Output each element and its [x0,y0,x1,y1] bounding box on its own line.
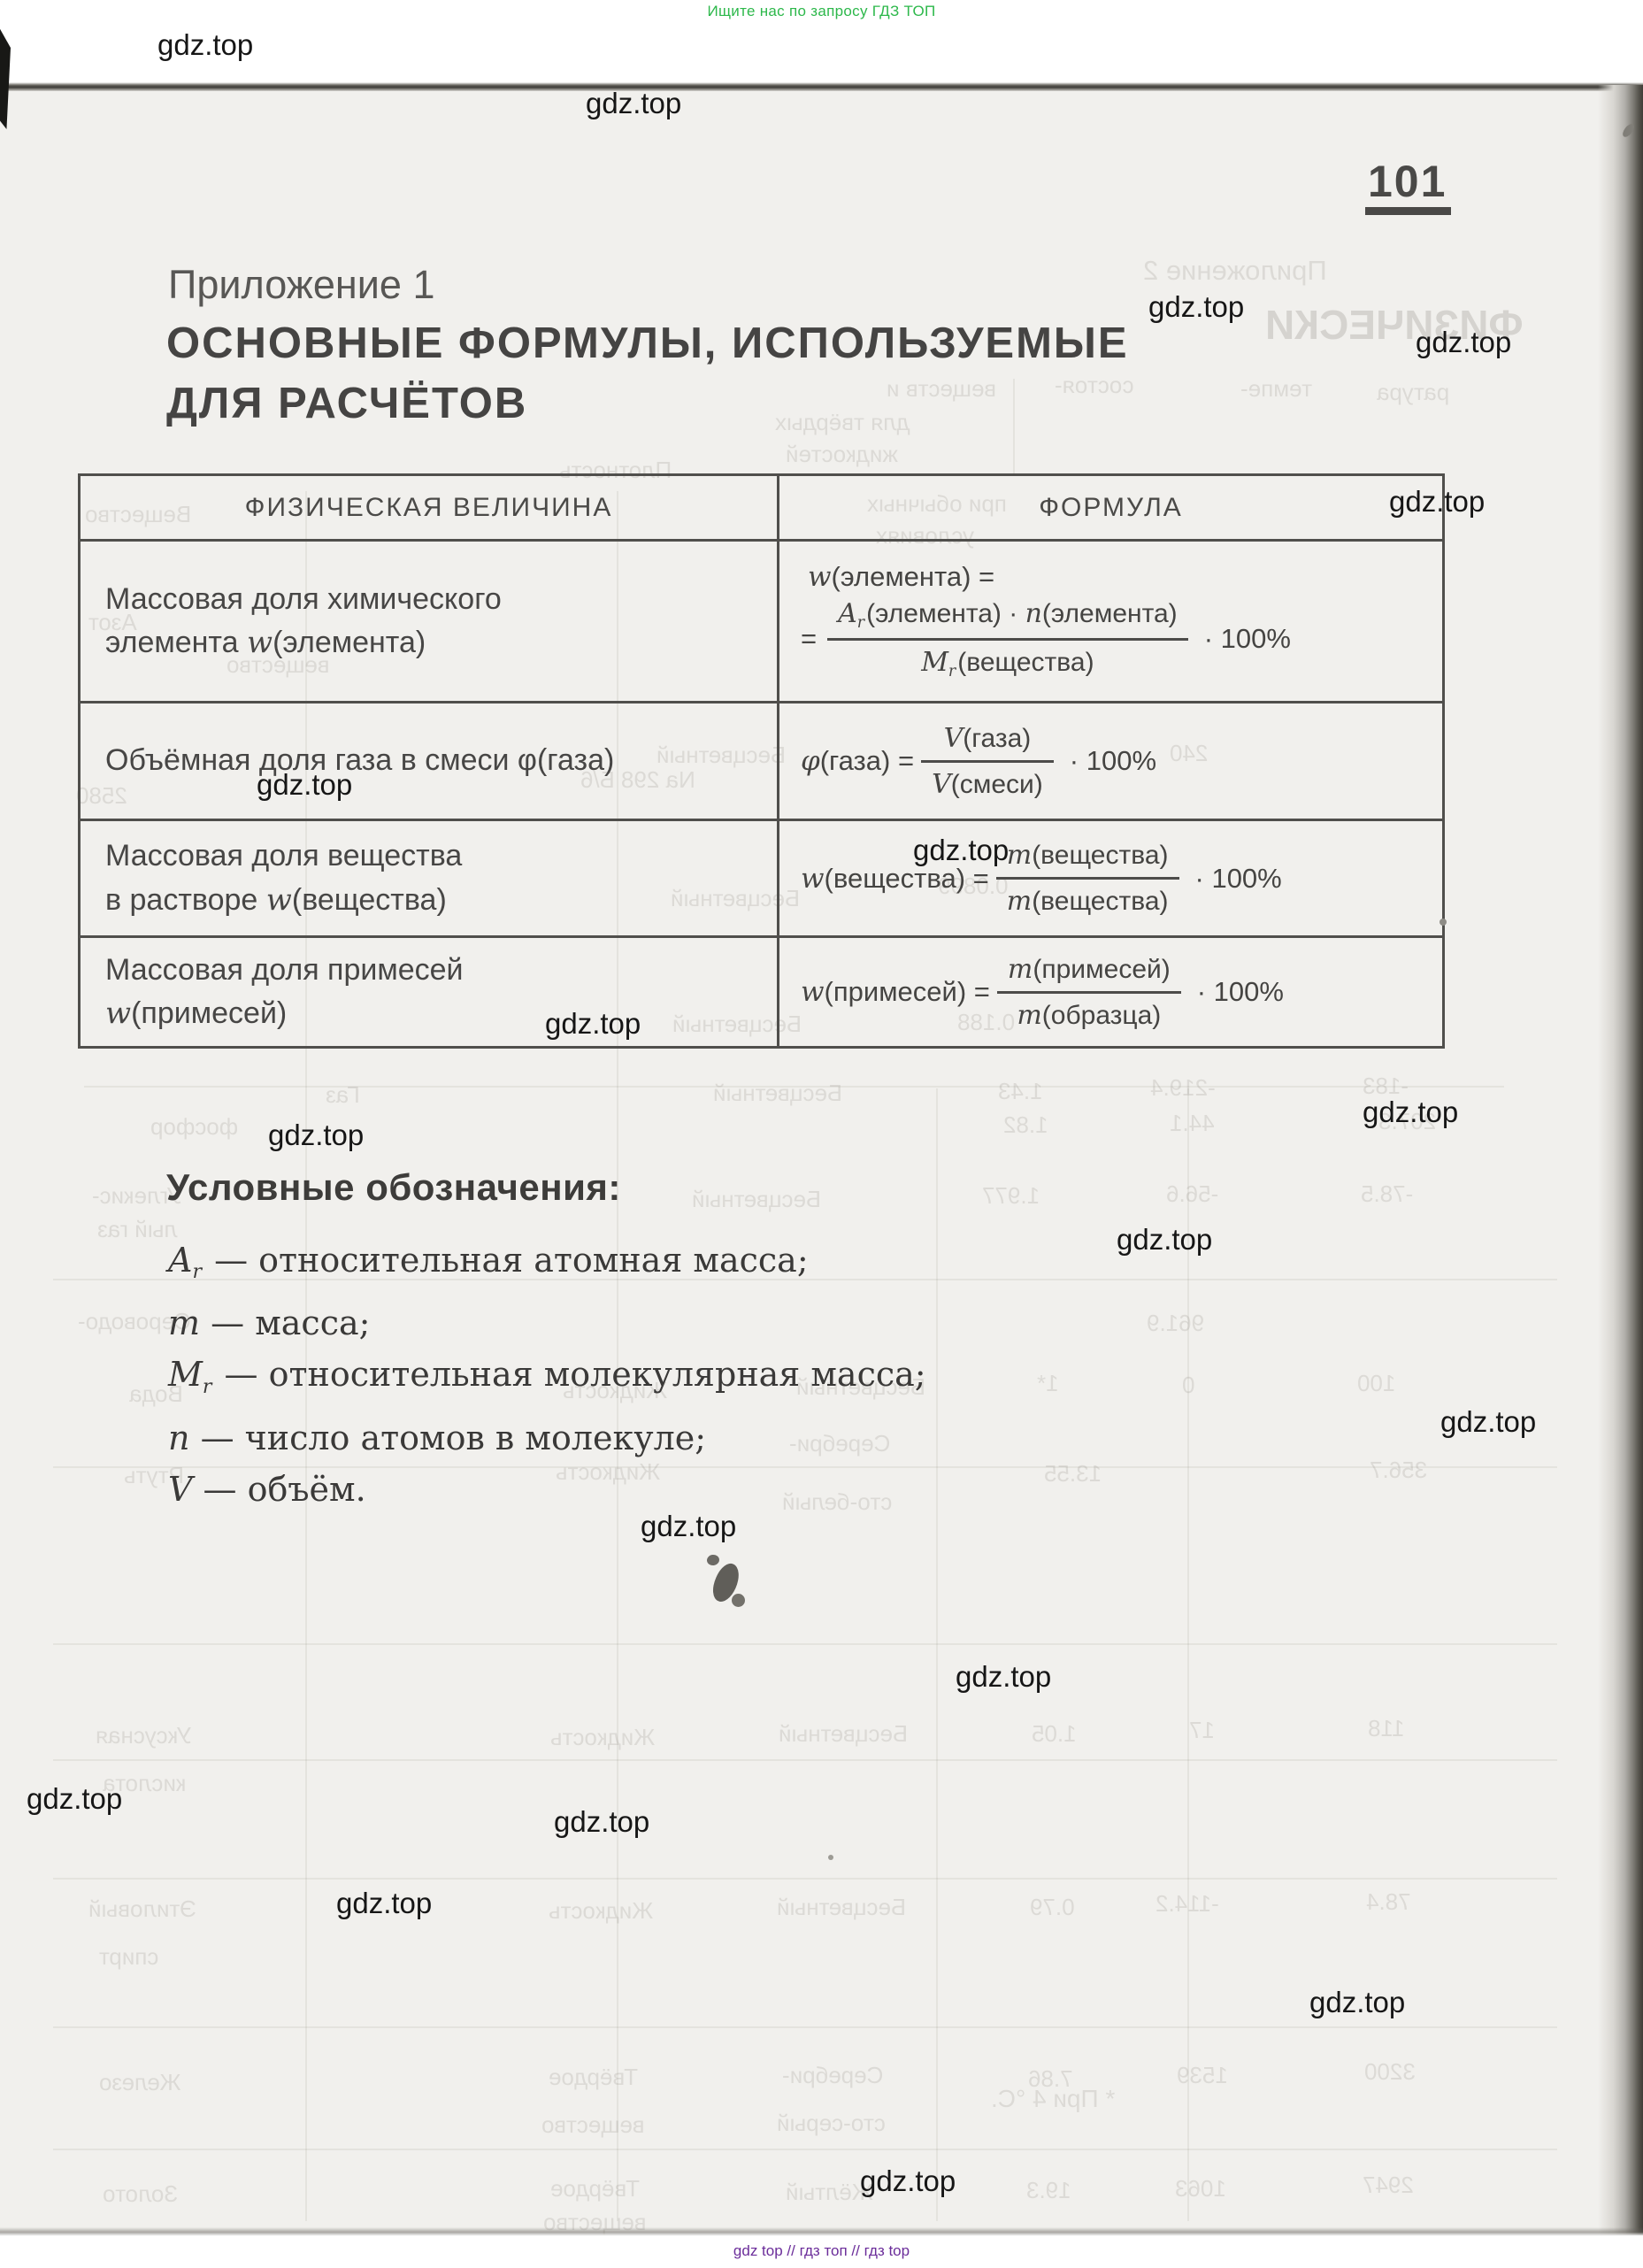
table-row-formula-mass-fraction-solute: w(вещества) = m(вещества) m(вещества) · … [777,819,1442,935]
ghost-line [53,1878,1557,1880]
footer-links: gdz top // гдз топ // гдз top [0,2242,1643,2260]
appendix-label: Приложение 1 [168,262,434,308]
ghost-text: лый газ [97,1216,178,1243]
page-bottom-edge [0,2227,1643,2236]
ghost-text: Бесцветный [713,1080,842,1107]
book-spine-shadow [1598,85,1643,2235]
gdz-watermark: gdz.top [1148,290,1244,324]
ghost-text: 19.3 [1026,2177,1071,2204]
ghost-text: 1.05 [1032,1720,1077,1748]
page-number: 101 [1368,156,1447,207]
table-row-formula-mass-fraction-impurities: w(примесей) = m(примесей) m(образца) · 1… [777,935,1442,1046]
page-title-line2: ДЛЯ РАСЧЁТОВ [166,379,527,428]
ghost-text: 78.4 [1366,1888,1411,1916]
ghost-text: Бесцветный [779,1720,908,1748]
ghost-text: состоя- [1055,372,1134,399]
ghost-text: 1* [1037,1370,1059,1397]
ghost-line [1187,1088,1189,2221]
ghost-text: Уксусная [96,1722,192,1749]
col-header-formula: ФОРМУЛА [777,476,1442,539]
fraction: Ar(элемента) · n(элемента) Mr(вещества) [827,596,1188,682]
page-title-line1: ОСНОВНЫЕ ФОРМУЛЫ, ИСПОЛЬЗУЕМЫЕ [166,319,1129,368]
times-100-percent: · 100% [1204,623,1291,655]
ghost-line [53,2149,1557,2150]
gdz-watermark: gdz.top [1363,1096,1458,1129]
gdz-watermark: gdz.top [860,2164,956,2198]
fraction: m(вещества) m(вещества) [996,838,1179,919]
ghost-text: 1539 [1177,2062,1228,2089]
ghost-text: 13.55 [1044,1460,1102,1488]
ghost-text: 1.82 [1003,1111,1048,1139]
formulas-table: ФИЗИЧЕСКАЯ ВЕЛИЧИНА ФОРМУЛА Массовая дол… [78,473,1445,1049]
legend-item: V — объём. [168,1470,926,1510]
ghost-text: -219.4 [1150,1074,1216,1102]
ghost-text: 356.7 [1370,1457,1427,1484]
ghost-text: 961.9 [1147,1310,1204,1337]
legend-item: m — масса; [168,1303,926,1343]
ghost-text: 2947 [1363,2172,1414,2199]
gdz-watermark: gdz.top [1440,1405,1536,1439]
promo-banner-text: Ищите нас по запросу ГДЗ ТОП [0,3,1643,20]
table-row-label-mass-fraction-solute: Массовая доля веществав растворе w(вещес… [81,819,777,935]
gdz-watermark: gdz.top [913,834,1009,867]
ghost-line [84,1086,1504,1088]
legend-item: Mr — относительная молекулярная масса; [168,1355,926,1406]
table-row-formula-mass-fraction-element: w(элемента) = = Ar(элемента) · n(элемент… [777,539,1442,701]
scan-speck [828,1855,833,1860]
ghost-text: 17 [1189,1717,1215,1744]
col-header-physical-quantity: ФИЗИЧЕСКАЯ ВЕЛИЧИНА [81,476,777,539]
ghost-text: Бесцветный [777,1894,906,1921]
gdz-watermark: gdz.top [641,1510,736,1543]
ghost-text: вещество [541,2111,644,2139]
gdz-watermark: gdz.top [586,87,681,120]
fraction: m(примесей) m(образца) [997,952,1181,1033]
gdz-watermark: gdz.top [554,1805,649,1839]
fraction: V(газа) V(смеси) [921,721,1054,802]
ghost-text: Железо [99,2069,180,2096]
ghost-text: 118 [1368,1715,1404,1742]
ink-mark-tail [732,1594,745,1607]
ghost-text: 3200 [1364,2058,1416,2086]
legend-item: n — число атомов в молекуле; [168,1418,926,1458]
gdz-watermark: gdz.top [1416,326,1511,359]
legend-list: Ar — относительная атомная масса;m — мас… [168,1241,926,1521]
times-100-percent: · 100% [1195,863,1282,895]
ghost-line [936,1088,938,2221]
legend-heading: Условные обозначения: [166,1166,621,1209]
ghost-text: 0.79 [1030,1894,1075,1921]
ghost-text: для твёрдых [775,409,910,436]
times-100-percent: · 100% [1070,745,1156,777]
times-100-percent: · 100% [1197,976,1284,1008]
screenshot-root: Ищите нас по запросу ГДЗ ТОП Приложение … [0,0,1643,2268]
ghost-text: Бесцветный [692,1186,821,1213]
ghost-text: 44.1 [1170,1110,1215,1137]
ghost-line [53,2026,1557,2028]
ghost-text: 1063 [1175,2175,1226,2203]
equals-sign: = [801,623,817,655]
table-row-label-mass-fraction-impurities: Массовая доля примесейw(примесей) [81,935,777,1046]
gdz-watermark: gdz.top [257,768,352,802]
gdz-watermark: gdz.top [1117,1223,1212,1257]
ghost-text: Жидкость [549,1897,653,1925]
legend-item: Ar — относительная атомная масса; [168,1241,926,1292]
ghost-text: 1.977 [982,1182,1040,1210]
ghost-text: -56.6 [1166,1180,1218,1208]
gdz-watermark: gdz.top [336,1887,432,1920]
table-row-label-mass-fraction-element: Массовая доля химическогоэлемента w(элем… [81,539,777,701]
ghost-text: 1.43 [998,1078,1043,1105]
ghost-line [53,1643,1557,1645]
ghost-text: ратура [1377,379,1449,406]
table-row-formula-volume-fraction-gas: φ(газа) = V(газа) V(смеси) · 100% [777,701,1442,819]
gdz-watermark: gdz.top [1309,1986,1405,2019]
ghost-text: темпе- [1240,375,1312,403]
gdz-watermark: gdz.top [545,1007,641,1041]
ghost-text: жидкостей [786,441,898,468]
ghost-text: Твёрдое [549,2064,638,2091]
ghost-text: Приложение 2 [1143,255,1327,287]
page-number-underline [1365,207,1451,215]
ghost-text: Жидкость [550,1724,655,1751]
table-row-label-volume-fraction-gas: Объёмная доля газа в смеси φ(газа) [81,701,777,819]
ghost-text: Этиловый [88,1895,196,1923]
gdz-watermark: gdz.top [268,1119,364,1152]
gdz-watermark: gdz.top [956,1660,1051,1694]
ghost-text: сто-серый [777,2110,886,2137]
ghost-text: Серебри- [782,2062,883,2089]
gdz-watermark: gdz.top [27,1782,122,1816]
ghost-text: Золото [103,2180,178,2208]
scan-speck [1440,919,1447,926]
ghost-text: * При 4 °C. [991,2085,1115,2113]
ghost-text: -78.5 [1361,1180,1413,1208]
ghost-text: спирт [99,1943,158,1971]
ghost-text: фосфор [150,1113,238,1141]
ghost-text: веществ и [887,375,996,403]
gdz-watermark: gdz.top [1389,485,1485,519]
ghost-line [53,1759,1557,1761]
page-top-edge [0,82,1643,91]
gdz-watermark: gdz.top [157,28,253,62]
ghost-text: 100 [1357,1370,1395,1397]
ghost-text: Твёрдое [550,2175,640,2203]
ghost-line [1013,379,1015,473]
